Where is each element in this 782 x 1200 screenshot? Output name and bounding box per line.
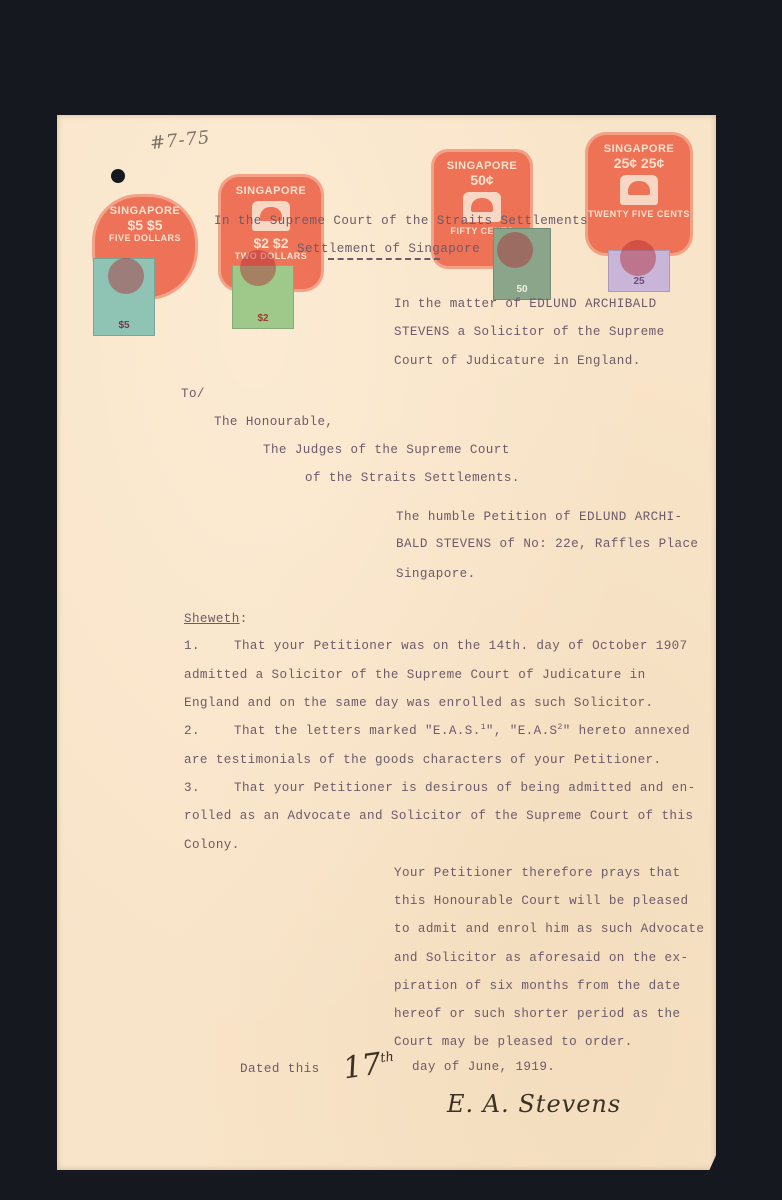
sheweth-heading: Sheweth: <box>184 605 248 634</box>
address-line3: of the Straits Settlements. <box>305 464 520 493</box>
adhesive-value: $2 <box>233 313 293 324</box>
signature: E. A. Stevens <box>447 1090 621 1118</box>
stamp-value: 50¢ <box>434 172 530 188</box>
paragraph-1-number: 1. <box>184 632 200 661</box>
petition-intro-line3: Singapore. <box>396 560 476 589</box>
court-header-line1: In the Supreme Court of the Straits Sett… <box>214 207 588 236</box>
paragraph-2-number: 2. <box>184 717 200 746</box>
dated-prefix: Dated this <box>240 1055 320 1084</box>
paragraph-3-number: 3. <box>184 774 200 803</box>
matter-line3: Court of Judicature in England. <box>394 347 641 376</box>
stamp-value: 25¢ 25¢ <box>588 155 690 171</box>
prayer-line6: hereof or such shorter period as the <box>394 1000 680 1029</box>
stamp-value: $5 $5 <box>95 217 195 233</box>
paragraph-1-line2: admitted a Solicitor of the Supreme Cour… <box>184 661 646 690</box>
petition-intro-line2: BALD STEVENS of No: 22e, Raffles Place <box>396 530 698 559</box>
matter-line2: STEVENS a Solicitor of the Supreme <box>394 318 665 347</box>
day-number: 17 <box>341 1046 384 1086</box>
text-segment: " hereto annexed <box>563 724 690 738</box>
sheweth-colon: : <box>240 612 248 626</box>
text-segment: ", "E.A.S <box>486 724 558 738</box>
header-dashed-rule <box>328 258 440 260</box>
stamp-country: SINGAPORE <box>95 205 195 217</box>
text-segment: That the letters marked "E.A.S. <box>234 724 481 738</box>
stamp-country: SINGAPORE <box>434 160 530 172</box>
cancellation-mark <box>620 240 656 276</box>
handwritten-day: 17th <box>341 1045 397 1087</box>
stamp-words: FIVE DOLLARS <box>95 233 195 243</box>
matter-line1: In the matter of EDLUND ARCHIBALD <box>394 290 657 319</box>
adhesive-value: $5 <box>94 320 154 331</box>
paragraph-2-line2: are testimonials of the goods characters… <box>184 746 661 775</box>
punch-hole <box>111 169 125 183</box>
cancellation-mark <box>240 250 276 286</box>
paragraph-3-first-line: That your Petitioner is desirous of bein… <box>234 774 696 803</box>
address-line1: The Honourable, <box>214 408 333 437</box>
revenue-stamp-twenty-five-cents: SINGAPORE 25¢ 25¢ TWENTY FIVE CENTS <box>588 135 690 253</box>
paragraph-2-first-line: That the letters marked "E.A.S.1", "E.A.… <box>234 717 690 746</box>
cancellation-mark <box>497 232 533 268</box>
sheweth-label: Sheweth <box>184 612 240 626</box>
day-suffix: th <box>379 1050 395 1067</box>
address-line2: The Judges of the Supreme Court <box>263 436 510 465</box>
crown-icon <box>620 175 658 205</box>
prayer-line4: and Solicitor as aforesaid on the ex- <box>394 944 688 973</box>
stamp-country: SINGAPORE <box>221 185 321 197</box>
dated-suffix: day of June, 1919. <box>412 1053 555 1082</box>
prayer-line5: piration of six months from the date <box>394 972 680 1001</box>
stamp-country: SINGAPORE <box>588 143 690 155</box>
paragraph-3-line3: Colony. <box>184 831 240 860</box>
adhesive-value: 25 <box>609 276 669 287</box>
address-to: To/ <box>181 380 205 409</box>
prayer-line3: to admit and enrol him as such Advocate <box>394 915 704 944</box>
paragraph-3-line2: rolled as an Advocate and Solicitor of t… <box>184 802 693 831</box>
prayer-line1: Your Petitioner therefore prays that <box>394 859 680 888</box>
petition-intro-line1: The humble Petition of EDLUND ARCHI- <box>396 503 682 532</box>
cancellation-mark <box>108 258 144 294</box>
paragraph-1-line3: England and on the same day was enrolled… <box>184 689 654 718</box>
stamp-words: TWENTY FIVE CENTS <box>588 209 690 219</box>
prayer-line2: this Honourable Court will be pleased <box>394 887 688 916</box>
paragraph-1-first-line: That your Petitioner was on the 14th. da… <box>234 632 688 661</box>
